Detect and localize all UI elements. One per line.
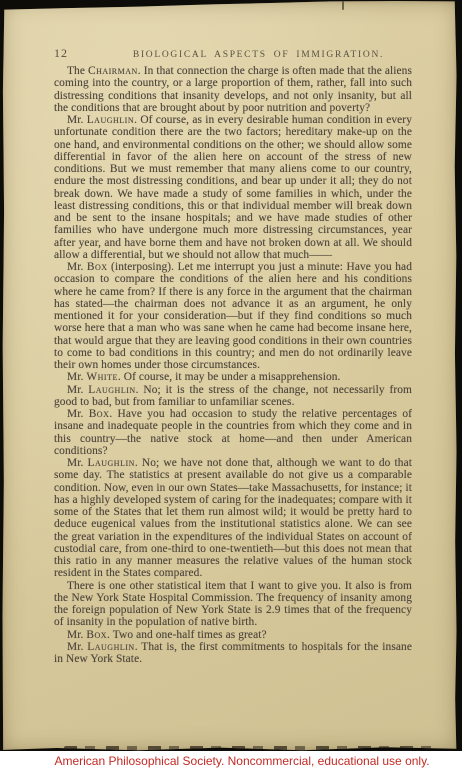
scratch-mark xyxy=(342,1,344,10)
paragraph-text: . Of course, it may be under a misappreh… xyxy=(118,371,341,383)
paragraph: Mr. Box. Have you had occasion to study … xyxy=(54,408,412,457)
paragraph: Mr. Box. Two and one-half times as great… xyxy=(54,629,412,641)
paragraph: There is one other statistical item that… xyxy=(54,580,412,629)
paragraph-text: (interposing). Let me interrupt you just… xyxy=(54,261,412,371)
speaker-prefix: Mr. xyxy=(67,408,89,420)
speaker-name: Laughlin xyxy=(88,384,135,396)
paragraph: Mr. Laughlin. That is, the first commitm… xyxy=(54,641,412,666)
paragraph: Mr. Box (interposing). Let me interrupt … xyxy=(54,261,412,371)
paragraph-text: There is one other statistical item that… xyxy=(54,580,412,629)
speaker-prefix: Mr. xyxy=(67,261,87,273)
speaker-name: Laughlin xyxy=(87,641,134,653)
speaker-prefix: The xyxy=(67,65,88,77)
credit-text: American Philosophical Society. Noncomme… xyxy=(54,754,429,768)
running-title: BIOLOGICAL ASPECTS OF IMMIGRATION. xyxy=(106,50,411,60)
speaker-prefix: Mr. xyxy=(67,114,87,126)
page-number: 12 xyxy=(54,46,106,61)
page-body: The Chairman. In that connection the cha… xyxy=(54,65,412,665)
speaker-name: Box xyxy=(89,408,110,420)
speaker-name: Laughlin xyxy=(88,457,135,469)
speaker-prefix: Mr. xyxy=(67,457,88,469)
speaker-prefix: Mr. xyxy=(67,629,86,641)
speaker-name: White xyxy=(86,371,117,383)
speaker-name: Box xyxy=(87,261,108,273)
paragraph: Mr. White. Of course, it may be under a … xyxy=(54,371,412,383)
page-header: 12 BIOLOGICAL ASPECTS OF IMMIGRATION. xyxy=(54,46,411,61)
speaker-prefix: Mr. xyxy=(67,641,87,653)
scan-viewer: { "colors": { "background": "#0d0c09", "… xyxy=(0,0,462,770)
paragraph-text: . Two and one-half times as great? xyxy=(107,629,267,641)
paragraph: Mr. Laughlin. No; we have not done that,… xyxy=(54,457,412,580)
credit-bar: American Philosophical Society. Noncomme… xyxy=(0,751,462,770)
paragraph-text: . Of course, as in every desirable human… xyxy=(54,114,412,261)
paragraph: Mr. Laughlin. Of course, as in every des… xyxy=(54,114,412,261)
speaker-name: Box xyxy=(86,629,107,641)
paragraph-text: . No; we have not done that, although we… xyxy=(54,457,412,579)
paragraph: Mr. Laughlin. No; it is the stress of th… xyxy=(54,384,412,409)
speaker-prefix: Mr. xyxy=(67,384,88,396)
speaker-prefix: Mr. xyxy=(67,371,86,383)
scanned-page: 12 BIOLOGICAL ASPECTS OF IMMIGRATION. Th… xyxy=(2,1,457,751)
paragraph: The Chairman. In that connection the cha… xyxy=(54,65,412,114)
speaker-name: Chairman xyxy=(88,65,138,77)
speaker-name: Laughlin xyxy=(87,114,134,126)
